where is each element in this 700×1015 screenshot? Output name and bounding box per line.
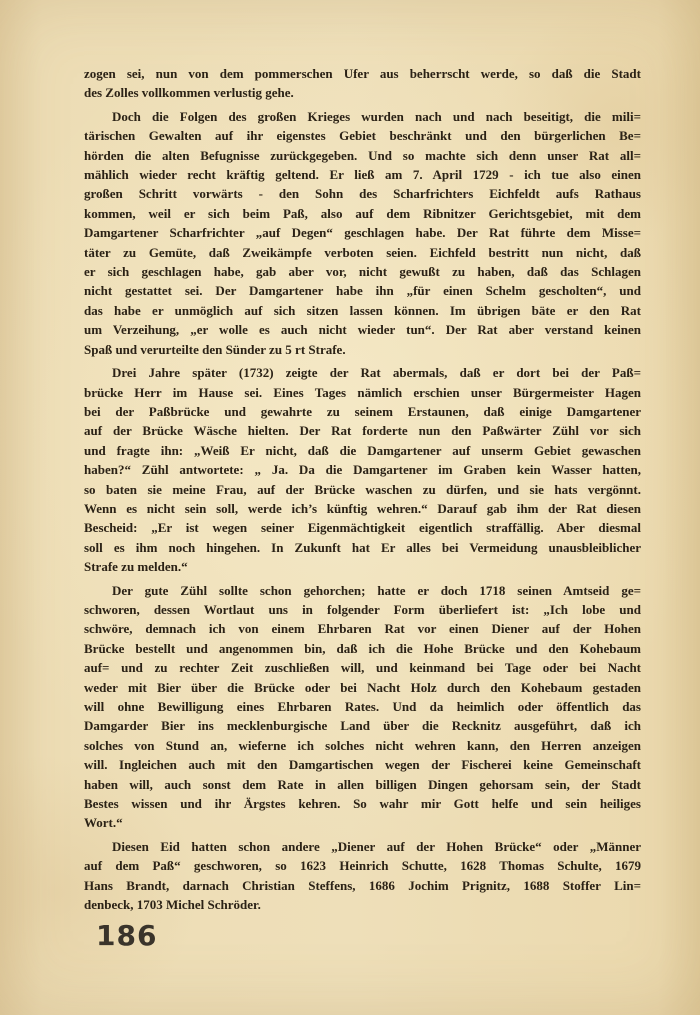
text-line: und fragte ihn: „Weiß Er nicht, daß die … [84, 441, 641, 460]
text-line: Der gute Zühl sollte schon gehorchen; ha… [84, 581, 641, 600]
paragraph: zogen sei, nun von dem pommerschen Ufer … [84, 64, 641, 103]
text-line: solches von Stund an, wieferne ich solch… [84, 736, 641, 755]
text-line: Brücke bestellt und angenommen bin, daß … [84, 639, 641, 658]
text-line: Bestes wissen und ihr Ärgstes kehren. So… [84, 794, 641, 813]
text-line: Hans Brandt, darnach Christian Steffens,… [84, 876, 641, 895]
text-line: des Zolles vollkommen verlustig gehe. [84, 83, 641, 102]
text-line: nicht gestattet sei. Der Damgartener hab… [84, 281, 641, 300]
text-line: bei der Paßbrücke und gewahrte zu seinem… [84, 402, 641, 421]
page-number: 186 [96, 919, 157, 952]
text-line: zogen sei, nun von dem pommerschen Ufer … [84, 64, 641, 83]
text-line: Wort.“ [84, 813, 641, 832]
text-line: will ohne Bewilligung eines Ehrbaren Rat… [84, 697, 641, 716]
text-line: Drei Jahre später (1732) zeigte der Rat … [84, 363, 641, 382]
text-line: Doch die Folgen des großen Krieges wurde… [84, 107, 641, 126]
text-line: tärischen Gewalten auf ihr eigenstes Geb… [84, 126, 641, 145]
text-line: haben will, auch sonst dem Rate in allen… [84, 775, 641, 794]
text-line: Bescheid: „Er ist wegen seiner Eigenmäch… [84, 518, 641, 537]
paragraph: Diesen Eid hatten schon andere „Diener a… [84, 837, 641, 915]
text-line: hörden die alten Befugnisse zurückgegebe… [84, 146, 641, 165]
text-line: auf der Brücke Wäsche hielten. Der Rat f… [84, 421, 641, 440]
text-line: haben?“ Zühl antwortete: „ Ja. Da die Da… [84, 460, 641, 479]
book-page: zogen sei, nun von dem pommerschen Ufer … [0, 0, 700, 1015]
text-line: kommen, weil er sich beim Paß, also auf … [84, 204, 641, 223]
text-line: er sich geschlagen habe, gab aber vor, n… [84, 262, 641, 281]
text-line: um Verzeihung, „er wolle es auch nicht w… [84, 320, 641, 339]
text-line: brücke Herr im Hause sei. Eines Tages nä… [84, 383, 641, 402]
text-line: so baten sie meine Frau, auf der Brücke … [84, 480, 641, 499]
text-line: schworen, dessen Wortlaut uns in folgend… [84, 600, 641, 619]
text-line: auf= und zu rechter Zeit zuschließen wil… [84, 658, 641, 677]
text-line: schwöre, demnach ich von einem Ehrbaren … [84, 619, 641, 638]
text-line: täter zu Gemüte, daß Zweikämpfe verboten… [84, 243, 641, 262]
text-line: das habe er unmöglich auf sich sitzen la… [84, 301, 641, 320]
text-line: Damgartener Scharfrichter „auf Degen“ ge… [84, 223, 641, 242]
text-line: Wenn es nicht sein soll, werde ich’s kün… [84, 499, 641, 518]
text-line: soll es ihm noch hingehen. In Zukunft ha… [84, 538, 641, 557]
text-line: Diesen Eid hatten schon andere „Diener a… [84, 837, 641, 856]
text-block: zogen sei, nun von dem pommerschen Ufer … [84, 64, 641, 914]
paragraph: Doch die Folgen des großen Krieges wurde… [84, 107, 641, 359]
text-line: weder mit Bier über die Brücke oder bei … [84, 678, 641, 697]
text-line: Damgarder Bier ins mecklenburgische Land… [84, 716, 641, 735]
paragraph: Der gute Zühl sollte schon gehorchen; ha… [84, 581, 641, 833]
text-line: Strafe zu melden.“ [84, 557, 641, 576]
paragraph: Drei Jahre später (1732) zeigte der Rat … [84, 363, 641, 576]
text-line: mählich wieder recht kräftig geltend. Er… [84, 165, 641, 184]
text-line: auf dem Paß“ geschworen, so 1623 Heinric… [84, 856, 641, 875]
text-line: großen Schritt vorwärts - den Sohn des S… [84, 184, 641, 203]
text-line: denbeck, 1703 Michel Schröder. [84, 895, 641, 914]
text-line: will. Ingleichen auch mit den Damgartisc… [84, 755, 641, 774]
text-line: Spaß und verurteilte den Sünder zu 5 rt … [84, 340, 641, 359]
